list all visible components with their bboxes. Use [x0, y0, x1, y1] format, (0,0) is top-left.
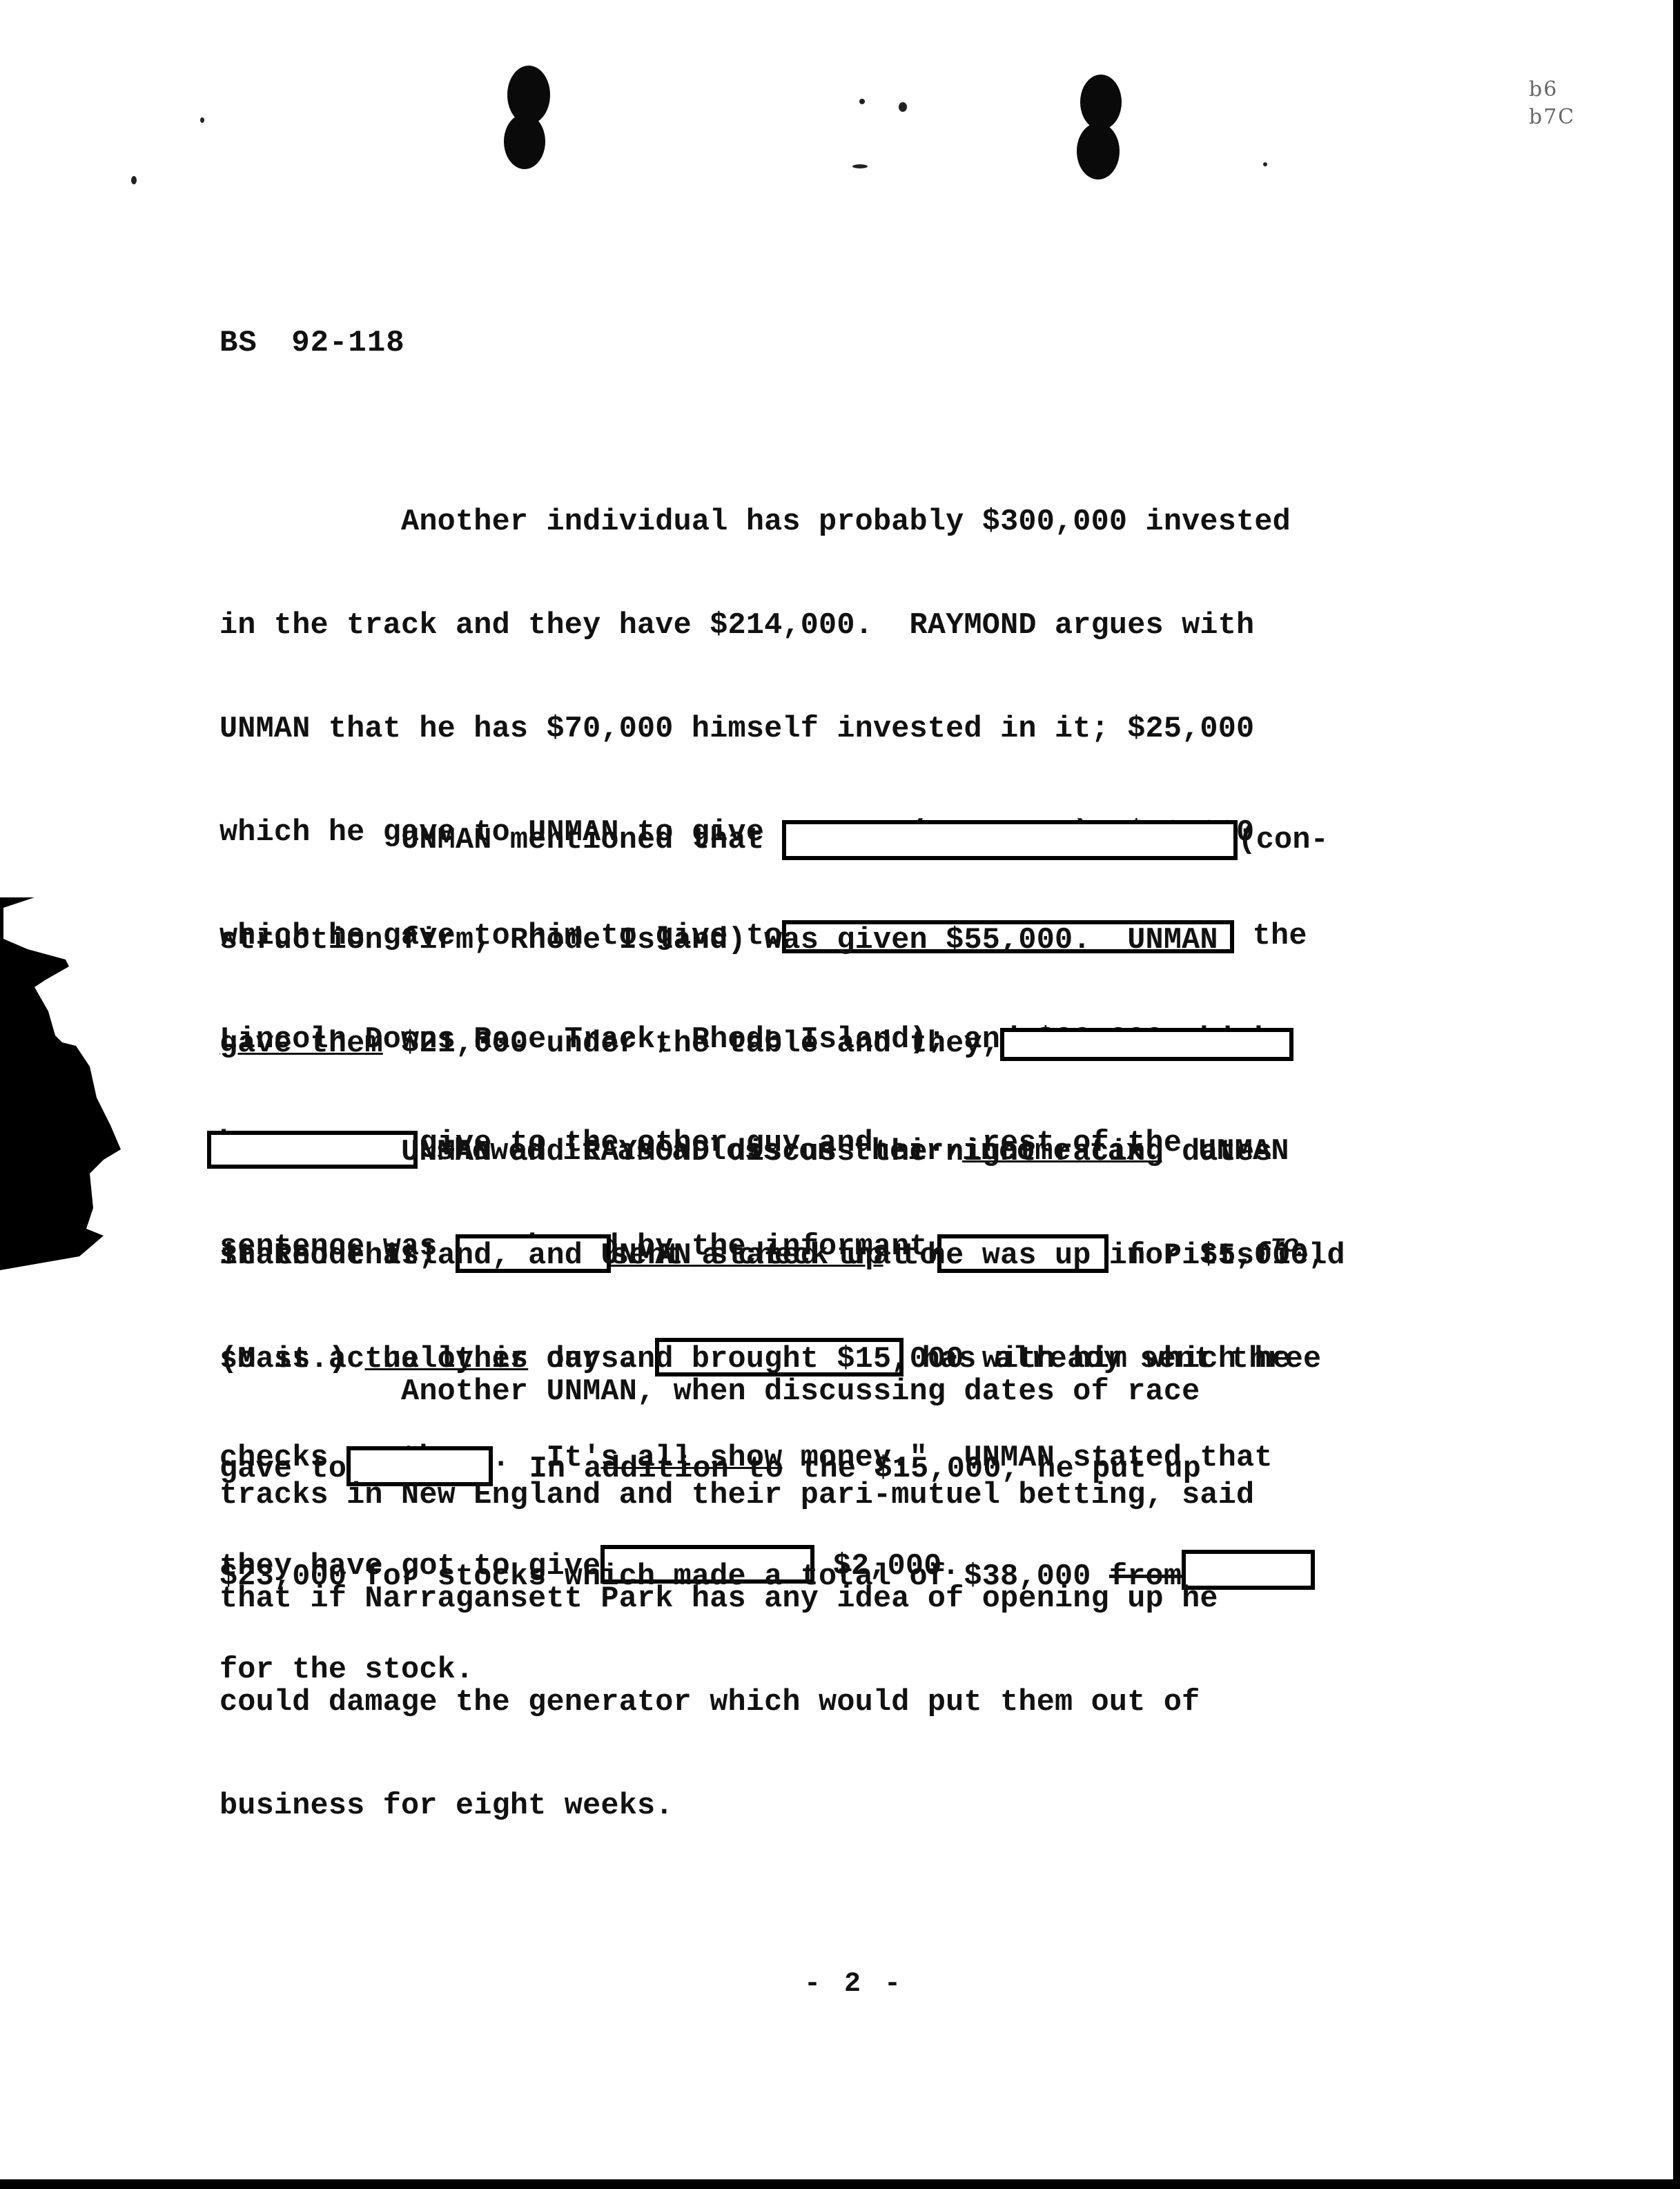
file-number-prefix: BS [219, 326, 257, 360]
text-line: tracks in New England and their pari-mut… [219, 1479, 1531, 1513]
paragraph-4: Another UNMAN, when discussing dates of … [219, 1306, 1531, 1893]
scan-speck [131, 176, 137, 184]
text-line: UNMAN mentioned that (con- [219, 820, 1531, 855]
torn-edge-shadow [0, 897, 131, 1519]
exemption-code: b6 [1529, 76, 1575, 104]
scan-right-edge [1673, 0, 1680, 2189]
punch-hole-left-lower [504, 114, 545, 169]
file-number-value: 92-118 [291, 326, 404, 360]
scan-bottom-edge [0, 2179, 1680, 2189]
text-line: UNMAN and RAYMOND discuss the night raci… [219, 1136, 1531, 1170]
redaction-box [1000, 1028, 1293, 1061]
text-line: UNMAN that he has $70,000 himself invest… [219, 712, 1531, 747]
punch-hole-right-lower [1077, 123, 1120, 179]
text-line: Another UNMAN, when discussing dates of … [219, 1375, 1531, 1410]
text-line: could damage the generator which would p… [219, 1686, 1531, 1720]
text-line: struction firm, Rhode Island) was given … [219, 924, 1531, 958]
document-page: b6 b7C BS 92-118 Another individual has … [0, 0, 1680, 2189]
scan-speck [899, 102, 907, 112]
text-line: gave them $21,000 under the table and th… [219, 1027, 1531, 1062]
foia-exemption-stamp: b6 b7C [1529, 76, 1575, 131]
text-line: in the track and they have $214,000. RAY… [219, 609, 1531, 643]
text-line: that if Narragansett Park has any idea o… [219, 1582, 1531, 1617]
text-line: business for eight weeks. [219, 1789, 1531, 1824]
underlined-text: gave them [219, 1027, 383, 1061]
text-span: UNMAN mentioned that [219, 824, 782, 857]
text-span: (con- [1238, 824, 1329, 857]
redaction-box [782, 820, 1238, 860]
file-number: BS 92-118 [219, 326, 405, 360]
punch-hole-right [1080, 75, 1122, 130]
handwritten-correction: TO [1271, 1236, 1299, 1256]
scan-speck [1263, 162, 1267, 166]
scan-speck [859, 99, 865, 104]
exemption-code: b7C [1529, 104, 1575, 131]
page-number: - 2 - [804, 1969, 901, 2000]
text-span: $21,000 under the table and they, [383, 1027, 1000, 1061]
text-line: Another individual has probably $300,000… [219, 505, 1531, 540]
scan-speck [852, 164, 868, 168]
text-line: in Rhode Island, and UNMAN stated that h… [219, 1239, 1531, 1274]
scan-speck [200, 117, 204, 123]
